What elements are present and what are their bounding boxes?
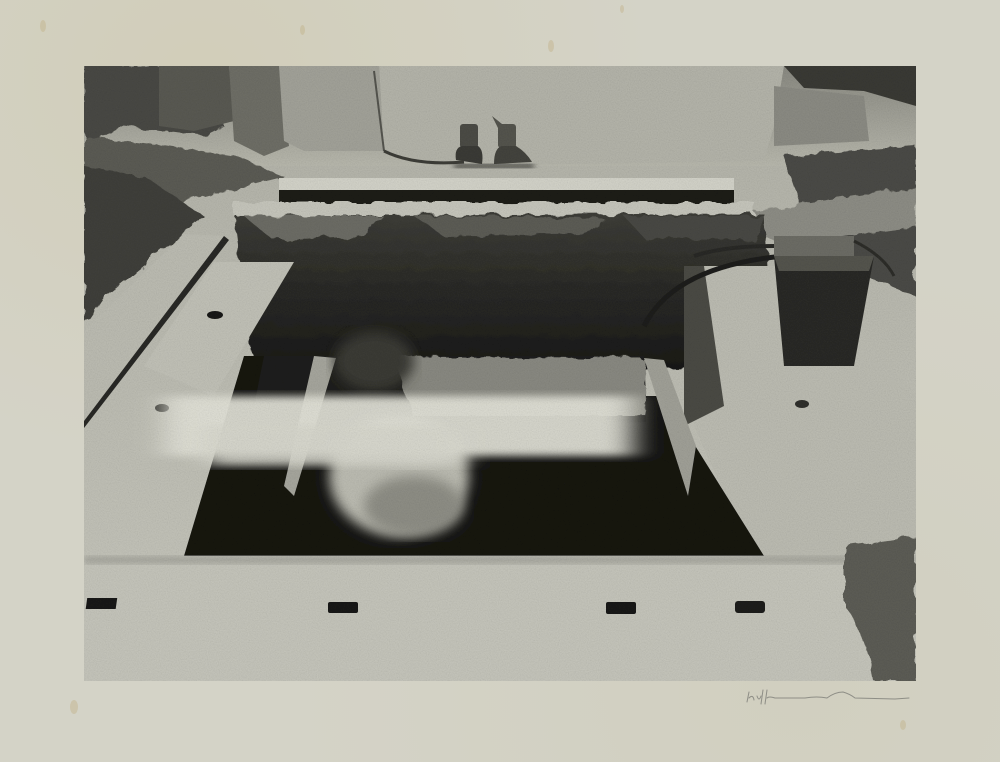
photograph [84, 66, 916, 681]
foxing-spot [300, 25, 305, 35]
foxing-spot [900, 720, 906, 730]
foxing-spot [70, 700, 78, 714]
horizontal-slab [234, 178, 754, 216]
front-slab [84, 536, 916, 681]
pencil-signature [745, 684, 915, 710]
foxing-spot [548, 40, 554, 52]
foxing-spot [620, 5, 624, 13]
foxing-spot [40, 20, 46, 32]
photograph-scene [84, 66, 916, 681]
